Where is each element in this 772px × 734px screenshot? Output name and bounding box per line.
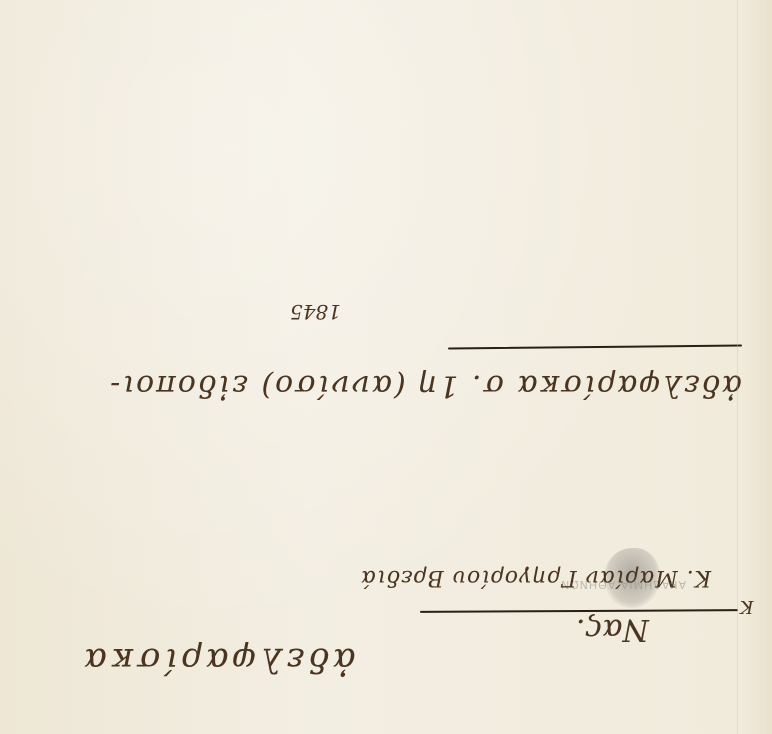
year-text: 1845 (290, 300, 341, 324)
address-line-1: Κ. Μαρίαν Γρηγορίου Βρεδιά (360, 565, 711, 590)
upper-rule (448, 344, 742, 349)
document-page: 1845 ἀδελφαρίσκα σ. 1η (αννίσο) εἰδοποι-… (0, 0, 772, 734)
address-line-2: Νας. (576, 612, 649, 647)
main-line-text: ἀδελφαρίσκα σ. 1η (αννίσο) εἰδοποι- (0, 368, 742, 403)
signature-text: ἀδελφαρίσκα (80, 640, 356, 680)
prefix-mark: Κ (740, 596, 753, 617)
